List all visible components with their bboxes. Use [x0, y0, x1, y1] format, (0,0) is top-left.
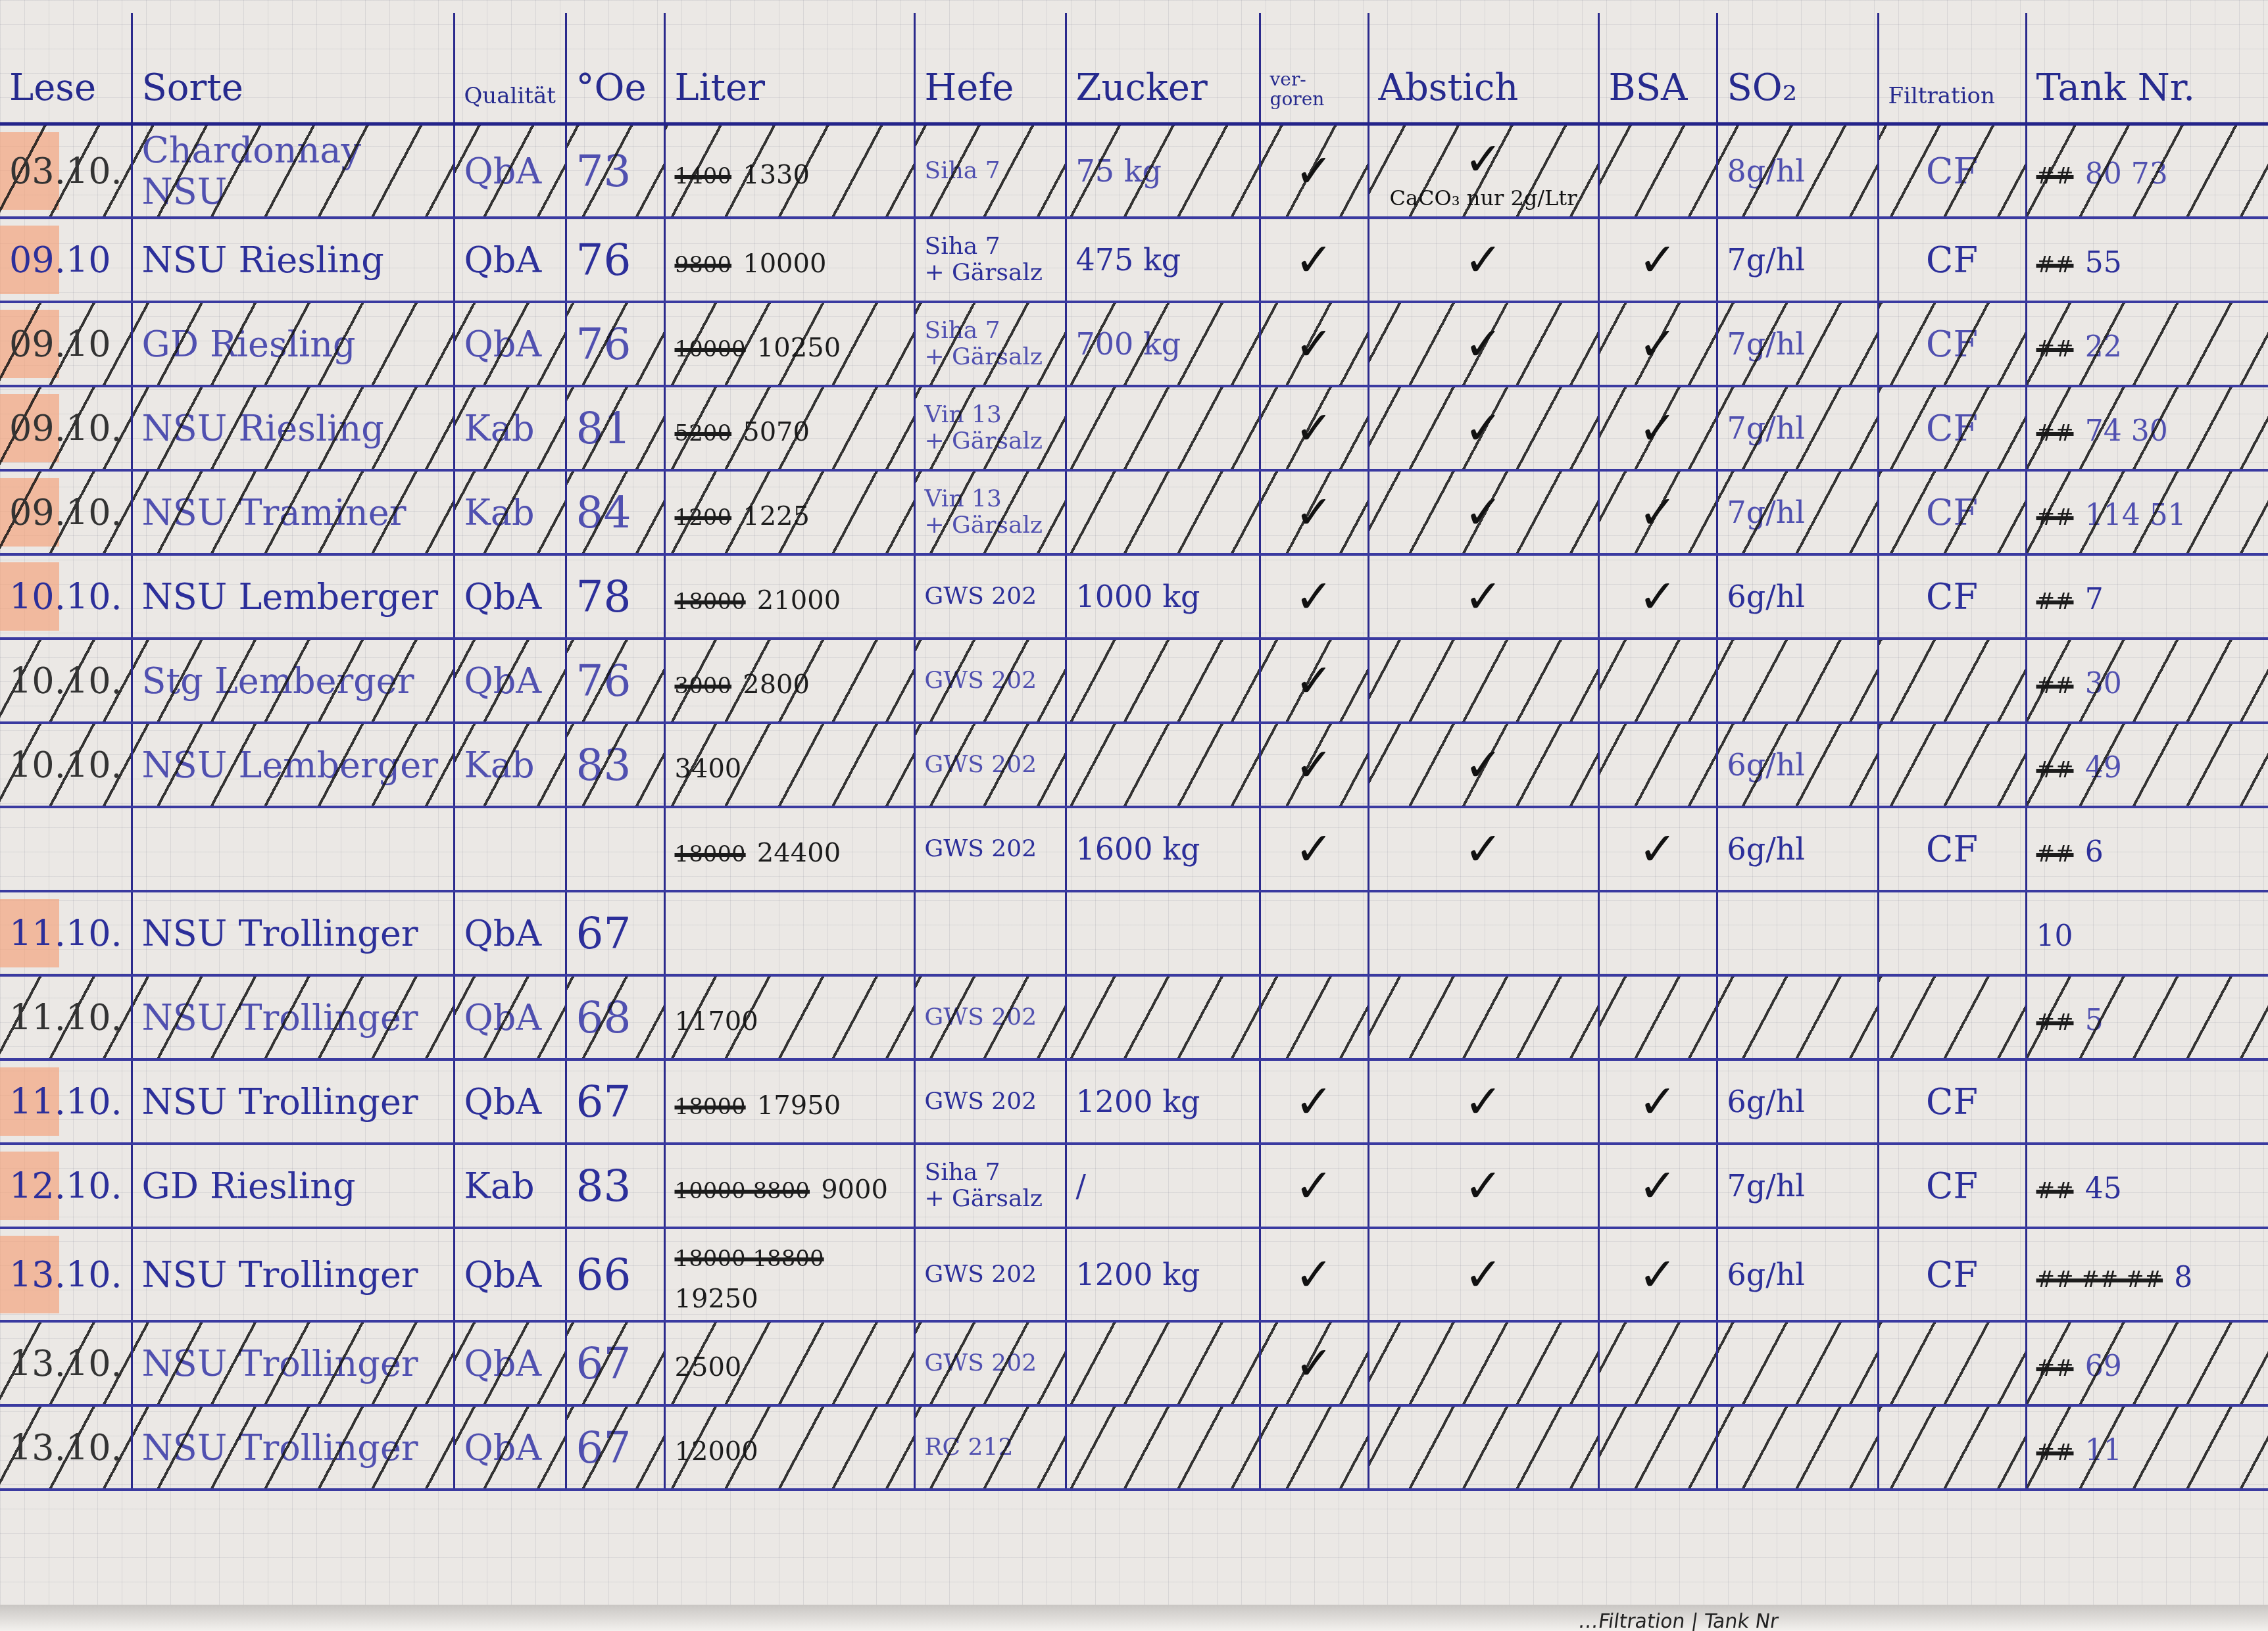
tank-crossed-out: ##: [2036, 420, 2074, 447]
cell-lese: 12.10.: [0, 1144, 132, 1228]
lese-date: 11.10.: [9, 997, 122, 1038]
cell-bsa: ✓: [1598, 807, 1717, 891]
table-row: 13.10. NSU Trollinger QbA 66 18000 18800…: [0, 1228, 2268, 1321]
cell-so2: 8g/hl: [1717, 124, 1878, 218]
cell-so2: 7g/hl: [1717, 386, 1878, 470]
cell-liter: 1400 1330: [664, 124, 914, 218]
cell-tank: ## 45: [2026, 1144, 2268, 1228]
cell-zucker: 475 kg: [1066, 218, 1260, 302]
cell-filtration: CF: [1878, 1228, 2026, 1321]
cell-hefe: GWS 202: [914, 807, 1066, 891]
cell-hefe: GWS 202: [914, 723, 1066, 807]
table-row: 09.10. NSU Traminer Kab 84 1200 1225 Vin…: [0, 470, 2268, 554]
cell-sorte: NSU Traminer: [132, 470, 454, 554]
cell-so2: [1717, 891, 1878, 975]
cell-filtration: CF: [1878, 218, 2026, 302]
liter-value: 5070: [743, 417, 810, 447]
header-filtration: Filtration: [1878, 13, 2026, 124]
cell-abstich: ✓CaCO₃ nur 2g/Ltr: [1368, 124, 1598, 218]
cell-tank: ## 5: [2026, 975, 2268, 1059]
cell-sorte: NSU Riesling: [132, 218, 454, 302]
tank-number: 10: [2036, 919, 2073, 953]
cell-filtration: CF: [1878, 554, 2026, 639]
cell-abstich: [1368, 1321, 1598, 1405]
cell-liter: 18000 21000: [664, 554, 914, 639]
cell-lese: 13.10.: [0, 1228, 132, 1321]
cell-vergoren: [1260, 975, 1368, 1059]
header-row: Lese Sorte Qualität °Oe Liter Hefe Zucke…: [0, 13, 2268, 124]
cell-abstich: ✓: [1368, 470, 1598, 554]
check-icon: ✓: [1464, 233, 1503, 287]
header-so2: SO₂: [1717, 13, 1878, 124]
cell-filtration: [1878, 891, 2026, 975]
header-vergoren: ver-goren: [1260, 13, 1368, 124]
tank-crossed-out: ##: [2036, 1178, 2074, 1204]
cell-hefe: GWS 202: [914, 1059, 1066, 1144]
cell-zucker: [1066, 723, 1260, 807]
cell-oechsle: 83: [566, 723, 664, 807]
table-row: 11.10. NSU Trollinger QbA 68 11700 GWS 2…: [0, 975, 2268, 1059]
cell-vergoren: ✓: [1260, 554, 1368, 639]
cell-bsa: ✓: [1598, 1144, 1717, 1228]
cell-vergoren: ✓: [1260, 386, 1368, 470]
cell-oechsle: 83: [566, 1144, 664, 1228]
cell-filtration: [1878, 639, 2026, 723]
cell-liter: 2500: [664, 1321, 914, 1405]
check-icon: ✓: [1294, 822, 1333, 876]
cell-bsa: ✓: [1598, 386, 1717, 470]
check-icon: ✓: [1294, 1159, 1333, 1213]
cell-lese: 13.10.: [0, 1405, 132, 1490]
cell-hefe: GWS 202: [914, 975, 1066, 1059]
hefe-value: GWS 202: [925, 1004, 1056, 1031]
lese-date: 09.10.: [9, 408, 122, 449]
next-page-text: …Filtration | Tank Nr: [1577, 1610, 1780, 1631]
tank-crossed-out: ##: [2036, 673, 2074, 699]
cell-abstich: ✓: [1368, 723, 1598, 807]
cell-hefe: Vin 13+ Gärsalz: [914, 470, 1066, 554]
check-icon: ✓: [1639, 1159, 1677, 1213]
lese-date: 13.10.: [9, 1254, 122, 1296]
cell-hefe: Siha 7+ Gärsalz: [914, 218, 1066, 302]
cell-liter: 11700: [664, 975, 914, 1059]
cell-sorte: NSU Trollinger: [132, 891, 454, 975]
log-body: 03.10. Chardonnay NSU QbA 73 1400 1330 S…: [0, 124, 2268, 1490]
cell-oechsle: 76: [566, 218, 664, 302]
cell-liter: 10000 8800 9000: [664, 1144, 914, 1228]
hefe-value: Siha 7: [925, 233, 1056, 260]
lese-date: 10.10.: [9, 576, 122, 618]
lese-date: 09.10.: [9, 492, 122, 533]
cell-vergoren: ✓: [1260, 1144, 1368, 1228]
cell-zucker: 1000 kg: [1066, 554, 1260, 639]
cell-hefe: Vin 13+ Gärsalz: [914, 386, 1066, 470]
cell-liter: [664, 891, 914, 975]
cell-hefe: Siha 7+ Gärsalz: [914, 1144, 1066, 1228]
cell-liter: 1200 1225: [664, 470, 914, 554]
check-icon: ✓: [1639, 570, 1677, 623]
check-icon: ✓: [1464, 1075, 1503, 1129]
liter-value: 2800: [743, 669, 810, 700]
cell-sorte: Chardonnay NSU: [132, 124, 454, 218]
table-row: 10.10. Stg Lemberger QbA 76 3000 2800 GW…: [0, 639, 2268, 723]
cell-abstich: ✓: [1368, 1228, 1598, 1321]
cell-qualitaet: QbA: [454, 975, 566, 1059]
cell-so2: [1717, 639, 1878, 723]
cell-vergoren: ✓: [1260, 1321, 1368, 1405]
cell-bsa: [1598, 723, 1717, 807]
cell-tank: ## 80 73: [2026, 124, 2268, 218]
cell-tank: 10: [2026, 891, 2268, 975]
hefe-note: + Gärsalz: [925, 428, 1056, 454]
cell-so2: [1717, 1321, 1878, 1405]
liter-crossed-out: 5200: [675, 420, 732, 447]
cell-zucker: [1066, 639, 1260, 723]
check-icon: ✓: [1464, 1248, 1503, 1302]
cell-bsa: ✓: [1598, 554, 1717, 639]
cell-hefe: GWS 202: [914, 1321, 1066, 1405]
cell-vergoren: ✓: [1260, 1228, 1368, 1321]
cell-filtration: [1878, 723, 2026, 807]
header-hefe: Hefe: [914, 13, 1066, 124]
table-row: 13.10. NSU Trollinger QbA 67 2500 GWS 20…: [0, 1321, 2268, 1405]
liter-crossed-out: 18000: [675, 589, 746, 615]
check-icon: ✓: [1464, 570, 1503, 623]
cell-bsa: ✓: [1598, 1059, 1717, 1144]
table-row: 18000 24400 GWS 202 1600 kg ✓ ✓ ✓ 6g/hl …: [0, 807, 2268, 891]
check-icon: ✓: [1294, 485, 1333, 539]
cell-sorte: NSU Riesling: [132, 386, 454, 470]
check-icon: ✓: [1294, 570, 1333, 623]
cell-sorte: GD Riesling: [132, 1144, 454, 1228]
cell-zucker: 700 kg: [1066, 302, 1260, 386]
cell-abstich: ✓: [1368, 1059, 1598, 1144]
cell-vergoren: [1260, 891, 1368, 975]
cell-tank: ## 49: [2026, 723, 2268, 807]
tank-number: 55: [2085, 246, 2122, 280]
liter-value: 11700: [675, 1006, 758, 1036]
cell-vergoren: ✓: [1260, 470, 1368, 554]
tank-number: 6: [2085, 835, 2104, 869]
liter-value: 9000: [821, 1175, 888, 1205]
cell-qualitaet: QbA: [454, 891, 566, 975]
hefe-value: GWS 202: [925, 668, 1056, 694]
cell-oechsle: 76: [566, 302, 664, 386]
cell-lese: 09.10: [0, 218, 132, 302]
check-icon: ✓: [1294, 233, 1333, 287]
check-icon: ✓: [1294, 1336, 1333, 1390]
cell-hefe: GWS 202: [914, 554, 1066, 639]
cell-sorte: NSU Trollinger: [132, 1228, 454, 1321]
cell-vergoren: ✓: [1260, 218, 1368, 302]
cell-oechsle: 67: [566, 891, 664, 975]
cell-oechsle: 78: [566, 554, 664, 639]
cell-zucker: [1066, 470, 1260, 554]
tank-number: 69: [2085, 1350, 2122, 1383]
table-row: 03.10. Chardonnay NSU QbA 73 1400 1330 S…: [0, 124, 2268, 218]
cell-qualitaet: QbA: [454, 218, 566, 302]
cell-bsa: [1598, 1321, 1717, 1405]
table-row: 09.10. NSU Riesling Kab 81 5200 5070 Vin…: [0, 386, 2268, 470]
cell-lese: 11.10.: [0, 975, 132, 1059]
cell-so2: [1717, 1405, 1878, 1490]
cell-qualitaet: Kab: [454, 723, 566, 807]
tank-number: 49: [2085, 751, 2122, 785]
cell-abstich: ✓: [1368, 218, 1598, 302]
log-page: Lese Sorte Qualität °Oe Liter Hefe Zucke…: [0, 0, 2268, 1605]
cell-bsa: [1598, 639, 1717, 723]
cell-oechsle: 84: [566, 470, 664, 554]
lese-date: 09.10: [9, 239, 111, 281]
cell-tank: ## 7: [2026, 554, 2268, 639]
cell-so2: 7g/hl: [1717, 470, 1878, 554]
check-icon: ✓: [1464, 485, 1503, 539]
cell-hefe: Siha 7: [914, 124, 1066, 218]
liter-value: 19250: [675, 1284, 758, 1314]
cell-qualitaet: QbA: [454, 1059, 566, 1144]
cell-hefe: [914, 891, 1066, 975]
cell-so2: 6g/hl: [1717, 554, 1878, 639]
table-row: 13.10. NSU Trollinger QbA 67 12000 RC 21…: [0, 1405, 2268, 1490]
check-icon: ✓: [1464, 317, 1503, 371]
check-icon: ✓: [1464, 401, 1503, 455]
cell-sorte: NSU Lemberger: [132, 723, 454, 807]
cell-qualitaet: QbA: [454, 1321, 566, 1405]
table-row: 10.10. NSU Lemberger QbA 78 18000 21000 …: [0, 554, 2268, 639]
check-icon: ✓: [1464, 822, 1503, 876]
cell-zucker: /: [1066, 1144, 1260, 1228]
cell-qualitaet: QbA: [454, 1228, 566, 1321]
lese-date: 13.10.: [9, 1427, 122, 1469]
cell-filtration: CF: [1878, 1144, 2026, 1228]
cell-lese: 10.10.: [0, 723, 132, 807]
tank-number: 5: [2085, 1004, 2104, 1037]
liter-value: 1225: [743, 501, 810, 531]
liter-crossed-out: 18000: [675, 841, 746, 867]
liter-crossed-out: 9800: [675, 252, 732, 278]
cell-hefe: GWS 202: [914, 1228, 1066, 1321]
cell-tank: ## 69: [2026, 1321, 2268, 1405]
cell-sorte: NSU Trollinger: [132, 1321, 454, 1405]
cell-abstich: [1368, 975, 1598, 1059]
cell-oechsle: 81: [566, 386, 664, 470]
tank-number: 11: [2085, 1434, 2122, 1467]
tank-crossed-out: ##: [2036, 1010, 2074, 1036]
cell-hefe: RC 212: [914, 1405, 1066, 1490]
cell-liter: 18000 24400: [664, 807, 914, 891]
liter-crossed-out: 1200: [675, 504, 732, 531]
cell-abstich: [1368, 891, 1598, 975]
cell-lese: 13.10.: [0, 1321, 132, 1405]
cell-lese: 03.10.: [0, 124, 132, 218]
cell-oechsle: 66: [566, 1228, 664, 1321]
cell-qualitaet: QbA: [454, 302, 566, 386]
cell-qualitaet: [454, 807, 566, 891]
header-lese: Lese: [0, 13, 132, 124]
lese-date: 11.10.: [9, 913, 122, 954]
cell-qualitaet: QbA: [454, 124, 566, 218]
tank-crossed-out: ##: [2036, 1440, 2074, 1466]
lese-date: 09.10: [9, 324, 111, 365]
next-page-edge: …Filtration | Tank Nr: [0, 1605, 2268, 1631]
cell-sorte: NSU Trollinger: [132, 1405, 454, 1490]
tank-crossed-out: ##: [2036, 336, 2074, 362]
header-liter: Liter: [664, 13, 914, 124]
tank-crossed-out: ##: [2036, 252, 2074, 278]
tank-number: 114 51: [2085, 499, 2186, 532]
cell-vergoren: ✓: [1260, 1059, 1368, 1144]
cell-abstich: ✓: [1368, 302, 1598, 386]
liter-crossed-out: 1400: [675, 163, 732, 189]
check-icon: ✓: [1639, 401, 1677, 455]
tank-number: 7: [2085, 583, 2104, 616]
tank-number: 8: [2174, 1261, 2192, 1294]
cell-sorte: Stg Lemberger: [132, 639, 454, 723]
cell-abstich: ✓: [1368, 1144, 1598, 1228]
hefe-value: RC 212: [925, 1434, 1056, 1461]
header-zucker: Zucker: [1066, 13, 1260, 124]
lese-date: 10.10.: [9, 744, 122, 786]
table-row: 10.10. NSU Lemberger Kab 83 3400 GWS 202…: [0, 723, 2268, 807]
cell-zucker: [1066, 1321, 1260, 1405]
cell-zucker: 75 kg: [1066, 124, 1260, 218]
cell-so2: 6g/hl: [1717, 1228, 1878, 1321]
cell-filtration: CF: [1878, 302, 2026, 386]
check-icon: ✓: [1639, 233, 1677, 287]
table-row: 09.10 GD Riesling QbA 76 10000 10250 Sih…: [0, 302, 2268, 386]
lese-date: 11.10.: [9, 1081, 122, 1123]
check-icon: ✓: [1639, 822, 1677, 876]
cell-oechsle: [566, 807, 664, 891]
cell-hefe: Siha 7+ Gärsalz: [914, 302, 1066, 386]
liter-value: 24400: [757, 838, 841, 868]
hefe-value: GWS 202: [925, 1350, 1056, 1376]
hefe-note: + Gärsalz: [925, 512, 1056, 539]
check-icon: ✓: [1464, 132, 1503, 186]
tank-crossed-out: ##: [2036, 757, 2074, 783]
cell-qualitaet: QbA: [454, 639, 566, 723]
liter-value: 12000: [675, 1436, 758, 1467]
cell-so2: 6g/hl: [1717, 1059, 1878, 1144]
cell-filtration: [1878, 1321, 2026, 1405]
liter-crossed-out: 18000 18800: [675, 1246, 824, 1272]
liter-value: 3400: [675, 754, 742, 784]
cell-abstich: ✓: [1368, 554, 1598, 639]
cell-oechsle: 68: [566, 975, 664, 1059]
cell-liter: 5200 5070: [664, 386, 914, 470]
liter-crossed-out: 10000 8800: [675, 1178, 810, 1204]
hefe-note: + Gärsalz: [925, 344, 1056, 370]
tank-crossed-out: ##: [2036, 589, 2074, 615]
tank-number: 74 30: [2085, 414, 2168, 448]
cell-tank: [2026, 1059, 2268, 1144]
cell-tank: ## 6: [2026, 807, 2268, 891]
cell-filtration: [1878, 1405, 2026, 1490]
table-row: 12.10. GD Riesling Kab 83 10000 8800 900…: [0, 1144, 2268, 1228]
cell-liter: 3000 2800: [664, 639, 914, 723]
cell-tank: ## 22: [2026, 302, 2268, 386]
cell-qualitaet: Kab: [454, 1144, 566, 1228]
hefe-value: Siha 7: [925, 1159, 1056, 1186]
header-bsa: BSA: [1598, 13, 1717, 124]
cell-abstich: ✓: [1368, 386, 1598, 470]
cell-sorte: NSU Lemberger: [132, 554, 454, 639]
cell-bsa: [1598, 891, 1717, 975]
tank-number: 80 73: [2085, 157, 2168, 191]
cell-bsa: [1598, 124, 1717, 218]
cell-vergoren: ✓: [1260, 124, 1368, 218]
check-icon: ✓: [1294, 144, 1333, 198]
table-row: 11.10. NSU Trollinger QbA 67 10: [0, 891, 2268, 975]
check-icon: ✓: [1639, 1248, 1677, 1302]
cell-tank: ## 114 51: [2026, 470, 2268, 554]
cell-hefe: GWS 202: [914, 639, 1066, 723]
cell-tank: ## 55: [2026, 218, 2268, 302]
cell-tank: ## 74 30: [2026, 386, 2268, 470]
header-oechsle: °Oe: [566, 13, 664, 124]
check-icon: ✓: [1639, 485, 1677, 539]
lese-date: 13.10.: [9, 1343, 122, 1384]
hefe-note: + Gärsalz: [925, 260, 1056, 286]
cell-bsa: ✓: [1598, 1228, 1717, 1321]
cell-so2: [1717, 975, 1878, 1059]
cell-sorte: GD Riesling: [132, 302, 454, 386]
cell-lese: 09.10.: [0, 470, 132, 554]
cell-abstich: ✓: [1368, 807, 1598, 891]
cell-zucker: [1066, 386, 1260, 470]
cell-bsa: [1598, 1405, 1717, 1490]
table-row: 11.10. NSU Trollinger QbA 67 18000 17950…: [0, 1059, 2268, 1144]
cell-oechsle: 67: [566, 1405, 664, 1490]
tank-crossed-out: ##: [2036, 1355, 2074, 1382]
cell-sorte: NSU Trollinger: [132, 1059, 454, 1144]
cell-lese: 10.10.: [0, 554, 132, 639]
cell-abstich: [1368, 1405, 1598, 1490]
cell-lese: 09.10.: [0, 386, 132, 470]
tank-crossed-out: ## ## ##: [2036, 1267, 2163, 1293]
check-icon: ✓: [1294, 401, 1333, 455]
cell-liter: 18000 18800 19250: [664, 1228, 914, 1321]
check-icon: ✓: [1294, 738, 1333, 792]
cell-qualitaet: QbA: [454, 1405, 566, 1490]
cell-oechsle: 76: [566, 639, 664, 723]
check-icon: ✓: [1639, 1075, 1677, 1129]
cell-vergoren: ✓: [1260, 639, 1368, 723]
header-tank: Tank Nr.: [2026, 13, 2268, 124]
header-abstich: Abstich: [1368, 13, 1598, 124]
cell-so2: 6g/hl: [1717, 723, 1878, 807]
abstich-note: CaCO₃ nur 2g/Ltr: [1379, 186, 1589, 210]
hefe-value: Vin 13: [925, 402, 1056, 428]
cell-zucker: [1066, 1405, 1260, 1490]
cell-tank: ## ## ## 8: [2026, 1228, 2268, 1321]
check-icon: ✓: [1294, 1075, 1333, 1129]
hefe-value: GWS 202: [925, 1261, 1056, 1288]
tank-crossed-out: ##: [2036, 841, 2074, 867]
tank-crossed-out: ##: [2036, 163, 2074, 189]
hefe-value: GWS 202: [925, 583, 1056, 610]
tank-number: 22: [2085, 330, 2122, 364]
cell-liter: 18000 17950: [664, 1059, 914, 1144]
check-icon: ✓: [1464, 738, 1503, 792]
liter-value: 10000: [743, 249, 826, 279]
cell-oechsle: 73: [566, 124, 664, 218]
check-icon: ✓: [1639, 317, 1677, 371]
tank-number: 45: [2085, 1172, 2122, 1205]
hefe-value: GWS 202: [925, 836, 1056, 862]
cell-liter: 12000: [664, 1405, 914, 1490]
cell-vergoren: ✓: [1260, 723, 1368, 807]
